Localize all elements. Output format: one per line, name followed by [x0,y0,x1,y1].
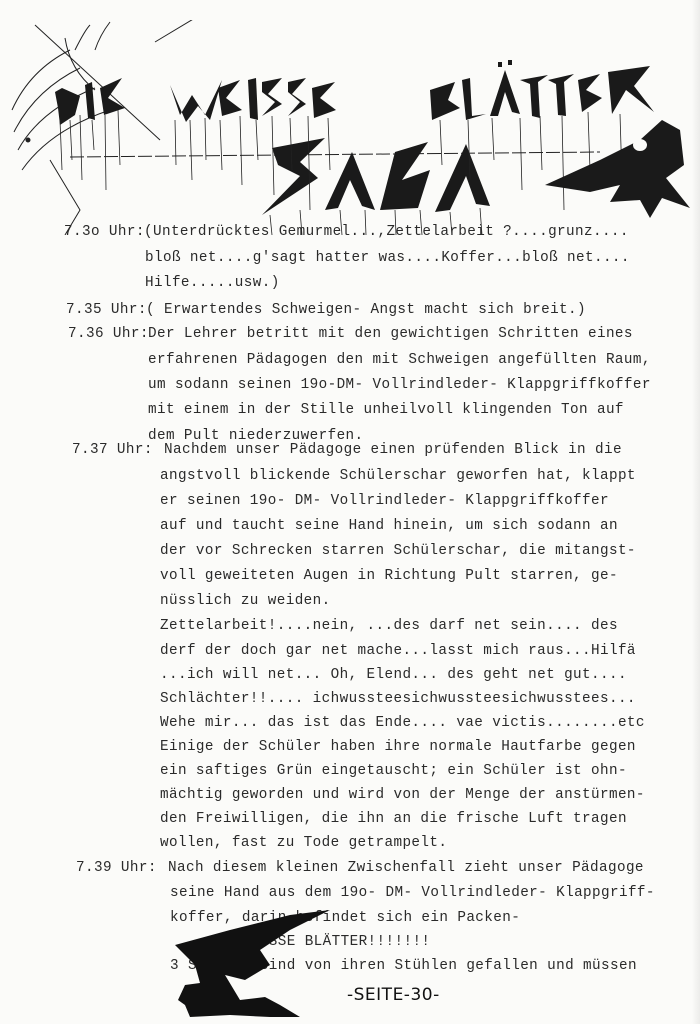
entry-text-line: bloß net....g'sagt hatter was....Koffer.… [145,251,630,265]
entry-text-line: wollen, fast zu Tode getrampelt. [160,836,447,850]
entry-text-line: erfahrenen Pädagogen den mit Schweigen a… [148,353,651,367]
entry-text-line: um sodann seinen 19o-DM- Vollrindleder- … [148,378,651,392]
entry-time: 7.37 Uhr: [72,443,153,457]
entry-text-line: Zettelarbeit!....nein, ...des darf net s… [160,619,618,633]
entry-text-line: Wehe mir... das ist das Ende.... vae vic… [160,716,645,730]
entry-text-line: Der Lehrer betritt mit den gewichtigen S… [148,327,633,341]
entry-text-line: mächtig geworden und wird von der Menge … [160,788,645,802]
entry-text-line: ein saftiges Grün eingetauscht; ein Schü… [160,764,627,778]
entry-text-line: derf der doch gar net mache...lasst mich… [160,644,636,658]
entry-time: 7.35 Uhr: [66,303,147,317]
entry-text-line: Hilfe.....usw.) [145,276,280,290]
entry-text-line: Schlächter!!.... ichwussteesichwussteesi… [160,692,636,706]
entry-text-line: der vor Schrecken starren Schülerschar, … [160,544,636,558]
entry-text-line: nüsslich zu weiden. [160,594,331,608]
entry-text-line: (Unterdrücktes Gemurmel...,Zettelarbeit … [144,225,629,239]
entry-text-line: den Freiwilligen, die ihn an die frische… [160,812,627,826]
entry-text-line: auf und taucht seine Hand hinein, um sic… [160,519,618,533]
entry-text-line: er seinen 19o- DM- Vollrindleder- Klappg… [160,494,609,508]
entry-text-line: seine Hand aus dem 19o- DM- Vollrindlede… [170,886,655,900]
page-number: -SEITE-30- [347,985,440,1005]
entry-text-line: mit einem in der Stille unheilvoll kling… [148,403,624,417]
entry-text-line: Nach diesem kleinen Zwischenfall zieht u… [168,861,644,875]
entry-text-line: voll geweiteten Augen in Richtung Pult s… [160,569,618,583]
entry-text-line: Nachdem unser Pädagoge einen prüfenden B… [164,443,622,457]
entry-text-line: ...ich will net... Oh, Elend... des geht… [160,668,627,682]
entry-time: 7.39 Uhr: [76,861,157,875]
document-body: 7.3o Uhr:(Unterdrücktes Gemurmel...,Zett… [0,0,700,1024]
entry-text-line: Einige der Schüler haben ihre normale Ha… [160,740,636,754]
entry-text-line: angstvoll blickende Schülerschar geworfe… [160,469,636,483]
bat-wing-icon [170,905,370,1020]
entry-time: 7.36 Uhr: [68,327,149,341]
entry-time: 7.3o Uhr: [64,225,145,239]
entry-text-line: ( Erwartendes Schweigen- Angst macht sic… [146,303,586,317]
